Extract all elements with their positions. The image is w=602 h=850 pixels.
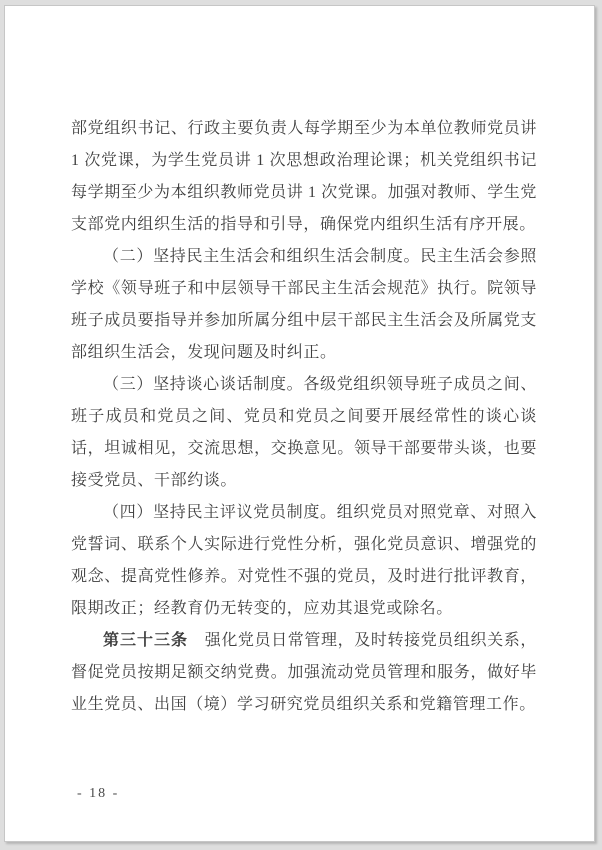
paragraph: （二）坚持民主生活会和组织生活会制度。民主生活会参照学校《领导班子和中层领导干部… — [71, 241, 537, 369]
paragraph: （四）坚持民主评议党员制度。组织党员对照党章、对照入党誓词、联系个人实际进行党性… — [71, 497, 537, 625]
document-viewport: 部党组织书记、行政主要负责人每学期至少为本单位教师党员讲 1 次党课，为学生党员… — [0, 0, 602, 850]
paragraph: 部党组织书记、行政主要负责人每学期至少为本单位教师党员讲 1 次党课，为学生党员… — [71, 113, 537, 241]
paragraph: （三）坚持谈心谈话制度。各级党组织领导班子成员之间、班子成员和党员之间、党员和党… — [71, 369, 537, 497]
paragraph: 第三十三条 强化党员日常管理，及时转接党员组织关系，督促党员按期足额交纳党费。加… — [71, 625, 537, 721]
article-number: 第三十三条 — [103, 632, 188, 649]
document-page: 部党组织书记、行政主要负责人每学期至少为本单位教师党员讲 1 次党课，为学生党员… — [4, 5, 595, 842]
document-body: 部党组织书记、行政主要负责人每学期至少为本单位教师党员讲 1 次党课，为学生党员… — [71, 113, 537, 721]
page-number: - 18 - — [77, 784, 119, 804]
